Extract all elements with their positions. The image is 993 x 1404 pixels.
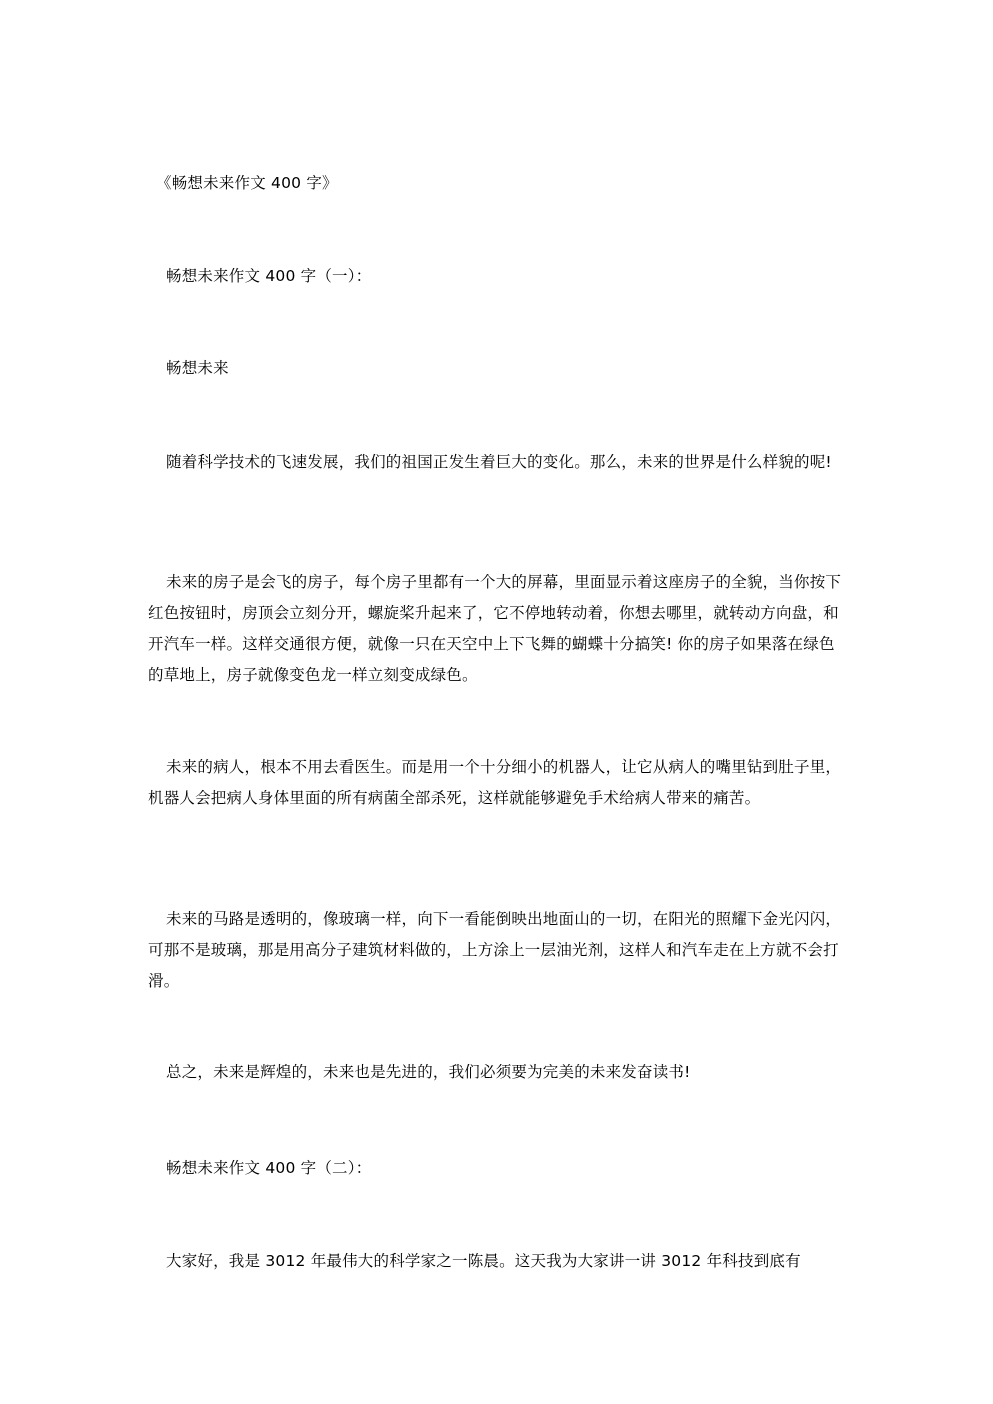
section-2-heading: 畅想未来作文 400 字（二）： [148, 1153, 848, 1184]
section-2-paragraph-1: 大家好，我是 3012 年最伟大的科学家之一陈晨。这天我为大家讲一讲 3012 … [148, 1246, 846, 1277]
document-page: 《畅想未来作文 400 字》 畅想未来作文 400 字（一）： 畅想未来 随着科… [0, 0, 993, 1404]
document-title: 《畅想未来作文 400 字》 [156, 168, 856, 199]
section-1-subtitle: 畅想未来 [148, 353, 848, 384]
section-1-heading: 畅想未来作文 400 字（一）： [148, 261, 848, 292]
paragraph-2: 未来的房子是会飞的房子，每个房子里都有一个大的屏幕，里面显示着这座房子的全貌，当… [148, 567, 846, 691]
paragraph-3: 未来的病人，根本不用去看医生。而是用一个十分细小的机器人，让它从病人的嘴里钻到肚… [148, 752, 846, 814]
paragraph-5: 总之，未来是辉煌的，未来也是先进的，我们必须要为完美的未来发奋读书! [148, 1057, 846, 1088]
paragraph-1: 随着科学技术的飞速发展，我们的祖国正发生着巨大的变化。那么，未来的世界是什么样貌… [148, 447, 846, 478]
paragraph-4: 未来的马路是透明的，像玻璃一样，向下一看能倒映出地面山的一切，在阳光的照耀下金光… [148, 904, 846, 997]
